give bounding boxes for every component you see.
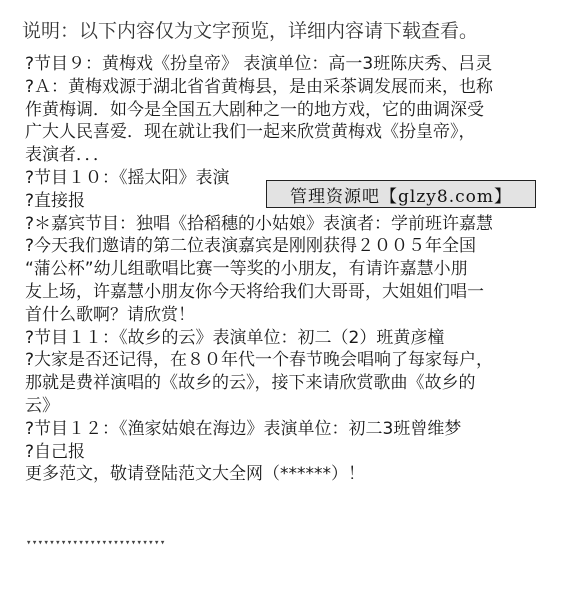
text-line: ?节目１２：《渔家姑娘在海边》表演单位：初二3班曾维梦: [25, 418, 565, 441]
text-line: 友上场，许嘉慧小朋友你今天将给我们大哥哥，大姐姐们唱一: [25, 281, 565, 304]
preview-notice: 说明：以下内容仅为文字预览，详细内容请下载查看。: [22, 16, 478, 43]
text-line: 更多范文，敬请登陆范文大全网（******）！: [25, 463, 565, 486]
dotted-separator: ▾▾▾▾▾▾▾▾▾▾▾▾▾▾▾▾▾▾▾▾▾▾▾▾: [26, 538, 166, 548]
text-line: 云》: [25, 395, 565, 418]
text-line: ?节目９：黄梅戏《扮皇帝》 表演单位：高一3班陈庆秀、吕灵: [25, 53, 565, 76]
text-line: 那就是费祥演唱的《故乡的云》，接下来请欣赏歌曲《故乡的: [25, 372, 565, 395]
text-line: 作黄梅调．如今是全国五大剧种之一的地方戏，它的曲调深受: [25, 99, 565, 122]
watermark-banner: 管理资源吧【glzy8.com】: [266, 180, 536, 208]
document-body: ?节目９：黄梅戏《扮皇帝》 表演单位：高一3班陈庆秀、吕灵 ?Ａ：黄梅戏源于湖北…: [25, 53, 565, 486]
text-line: ?今天我们邀请的第二位表演嘉宾是刚刚获得２００５年全国: [25, 235, 565, 258]
text-line: 首什么歌啊？请欣赏！: [25, 304, 565, 327]
text-line: “蒲公杯”幼儿组歌唱比赛一等奖的小朋友，有请许嘉慧小朋: [25, 258, 565, 281]
text-line: 广大人民喜爱．现在就让我们一起来欣赏黄梅戏《扮皇帝》，: [25, 121, 565, 144]
text-line: ?Ａ：黄梅戏源于湖北省省黄梅县，是由采茶调发展而来，也称: [25, 76, 565, 99]
text-line: ?＊嘉宾节目：独唱《拾稻穗的小姑娘》表演者：学前班许嘉慧: [25, 213, 565, 236]
text-line: ?自己报: [25, 441, 565, 464]
text-line: ?节目１１：《故乡的云》表演单位：初二（2）班黄彦橦: [25, 327, 565, 350]
text-line: 表演者．．．: [25, 144, 565, 167]
text-line: ?大家是否还记得，在８０年代一个春节晚会唱响了每家每户，: [25, 349, 565, 372]
